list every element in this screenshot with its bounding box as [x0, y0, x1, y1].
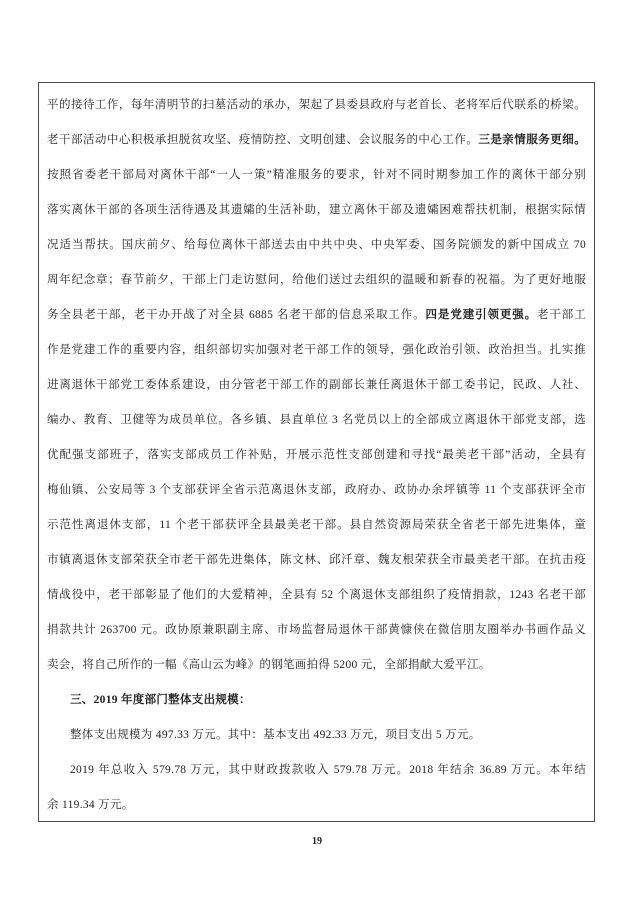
text-line: 示范性离退休支部，11 个老干部获评全县最美老干部。县自然资源局荣获全省老干部先… [47, 508, 586, 543]
text-line: 周年纪念章；春节前夕，干部上门走访慰问，给他们送过去组织的温暖和新春的祝福。为了… [47, 263, 586, 298]
page-number: 19 [0, 836, 634, 847]
bold-text-run: 三、2019 年度部门整体支出规模： [70, 694, 251, 706]
text-run: 余 119.34 万元。 [47, 799, 134, 811]
text-line: 梅仙镇、公安局等 3 个支部获评全省示范离退休支部，政府办、政协办余坪镇等 11… [47, 473, 586, 508]
bold-text-run: 四是党建引领更强。 [426, 309, 537, 321]
text-run: 按照省委老干部局对离休干部“一人一策”精准服务的要求，针对不同时期参加工作的离休… [47, 169, 586, 181]
text-run: 卖会，将自己所作的一幅《高山云为峰》的钢笔画拍得 5200 元，全部捐献大爱平江… [47, 659, 491, 671]
text-line: 卖会，将自己所作的一幅《高山云为峰》的钢笔画拍得 5200 元，全部捐献大爱平江… [47, 648, 586, 683]
text-line: 落实离休干部的各项生活待遇及其遗孀的生活补助，建立离休干部及遗孀困难帮扶机制，根… [47, 193, 586, 228]
text-line: 务全县老干部，老干办开战了对全县 6885 名老干部的信息采取工作。四是党建引领… [47, 298, 586, 333]
text-line: 市镇离退休支部荣获全市老干部先进集体，陈文林、邱汘章、魏友根荣获全市最美老干部。… [47, 543, 586, 578]
text-run: 优配强支部班子，落实支部成员工作补贴，开展示范性支部创建和寻找“最美老干部”活动… [47, 449, 586, 461]
text-line: 进离退休干部党工委体系建设，由分管老干部工作的副部长兼任离退休干部工委书记，民政… [47, 368, 586, 403]
text-line: 作是党建工作的重要内容，组织部切实加强对老干部工作的领导，强化政治引领、政治担当… [47, 333, 586, 368]
text-line: 况适当帮扶。国庆前夕、给每位离休干部送去由中共中央、中央军委、国务院颁发的新中国… [47, 228, 586, 263]
text-run: 落实离休干部的各项生活待遇及其遗孀的生活补助，建立离休干部及遗孀困难帮扶机制，根… [47, 204, 586, 216]
text-line: 平的接待工作，每年清明节的扫墓活动的承办，架起了县委县政府与老首长、老将军后代联… [47, 88, 586, 123]
document-lines: 平的接待工作，每年清明节的扫墓活动的承办，架起了县委县政府与老首长、老将军后代联… [47, 88, 586, 822]
text-line: 情战役中，老干部彰显了他们的大爱精神，全县有 52 个离退休支部组织了疫情捐款，… [47, 578, 586, 613]
text-run: 老干部工 [537, 309, 586, 321]
text-line: 捐款共计 263700 元。政协原兼职副主席、市场监督局退休干部黄慷侠在微信朋友… [47, 613, 586, 648]
text-run: 老干部活动中心积极承担脱贫攻坚、疫情防控、文明创建、会议服务的中心工作。 [47, 134, 478, 146]
text-line: 优配强支部班子，落实支部成员工作补贴，开展示范性支部创建和寻找“最美老干部”活动… [47, 438, 586, 473]
text-line: 老干部活动中心积极承担脱贫攻坚、疫情防控、文明创建、会议服务的中心工作。三是亲情… [47, 123, 586, 158]
text-line: 整体支出规模为 497.33 万元。其中：基本支出 492.33 万元，项目支出… [47, 718, 586, 753]
text-run: 梅仙镇、公安局等 3 个支部获评全省示范离退休支部，政府办、政协办余坪镇等 11… [47, 484, 586, 496]
text-line: 三、2019 年度部门整体支出规模： [47, 683, 586, 718]
text-run: 周年纪念章；春节前夕，干部上门走访慰问，给他们送过去组织的温暖和新春的祝福。为了… [47, 274, 586, 286]
text-run: 务全县老干部，老干办开战了对全县 6885 名老干部的信息采取工作。 [47, 309, 426, 321]
text-run: 编办、教育、卫健等为成员单位。各乡镇、县直单位 3 名党员以上的全部成立离退休干… [47, 414, 586, 426]
document-page: 平的接待工作，每年清明节的扫墓活动的承办，架起了县委县政府与老首长、老将军后代联… [0, 0, 634, 898]
text-run: 捐款共计 263700 元。政协原兼职副主席、市场监督局退休干部黄慷侠在微信朋友… [47, 624, 586, 636]
text-run: 作是党建工作的重要内容，组织部切实加强对老干部工作的领导，强化政治引领、政治担当… [47, 344, 586, 356]
text-run: 整体支出规模为 497.33 万元。其中：基本支出 492.33 万元，项目支出… [70, 729, 481, 741]
text-run: 2019 年总收入 579.78 万元，其中财政拨款收入 579.78 万元。2… [70, 764, 586, 776]
page-border: 平的接待工作，每年清明节的扫墓活动的承办，架起了县委县政府与老首长、老将军后代联… [38, 82, 595, 822]
text-line: 余 119.34 万元。 [47, 788, 586, 822]
text-run: 示范性离退休支部，11 个老干部获评全县最美老干部。县自然资源局荣获全省老干部先… [47, 519, 586, 531]
text-run: 市镇离退休支部荣获全市老干部先进集体，陈文林、邱汘章、魏友根荣获全市最美老干部。… [47, 554, 586, 566]
text-run: 况适当帮扶。国庆前夕、给每位离休干部送去由中共中央、中央军委、国务院颁发的新中国… [47, 239, 586, 251]
text-run: 进离退休干部党工委体系建设，由分管老干部工作的副部长兼任离退休干部工委书记，民政… [47, 379, 586, 391]
text-run: 平的接待工作，每年清明节的扫墓活动的承办，架起了县委县政府与老首长、老将军后代联… [47, 99, 586, 111]
text-line: 编办、教育、卫健等为成员单位。各乡镇、县直单位 3 名党员以上的全部成立离退休干… [47, 403, 586, 438]
text-run: 情战役中，老干部彰显了他们的大爱精神，全县有 52 个离退休支部组织了疫情捐款，… [47, 589, 586, 601]
text-line: 2019 年总收入 579.78 万元，其中财政拨款收入 579.78 万元。2… [47, 753, 586, 788]
text-line: 按照省委老干部局对离休干部“一人一策”精准服务的要求，针对不同时期参加工作的离休… [47, 158, 586, 193]
bold-text-run: 三是亲情服务更细。 [478, 134, 586, 146]
